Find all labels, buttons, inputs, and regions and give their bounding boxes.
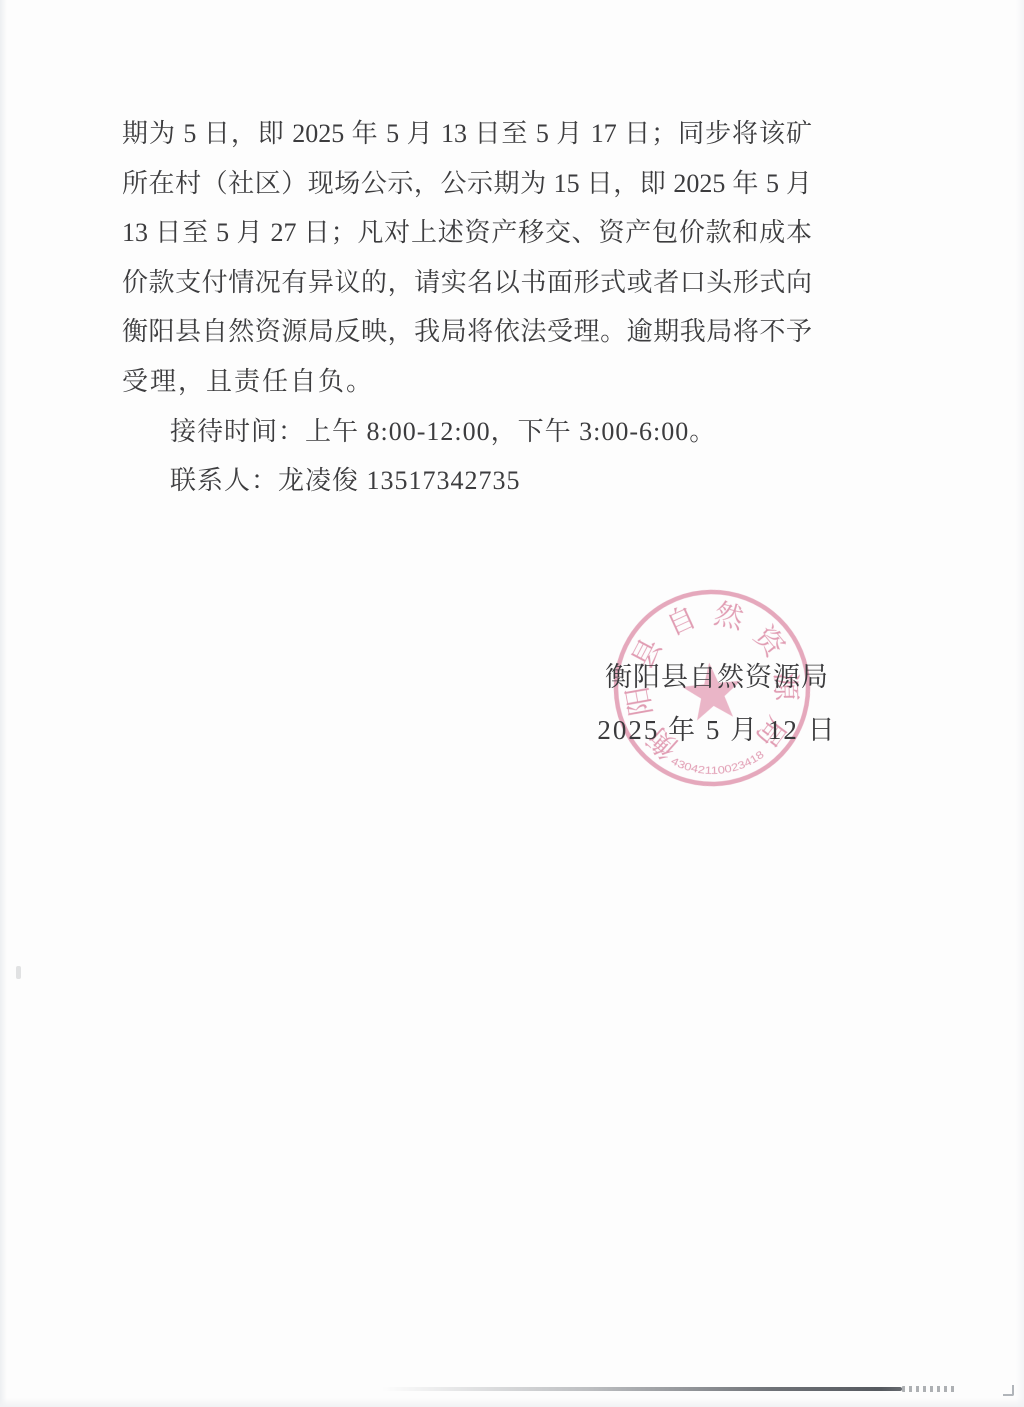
reception-hours-line: 接待时间：上午 8:00-12:00，下午 3:00-6:00。 <box>122 407 812 457</box>
contact-person-line: 联系人：龙凌俊 13517342735 <box>122 456 812 506</box>
scanned-document-page: 期为 5 日，即 2025 年 5 月 13 日至 5 月 17 日；同步将该矿… <box>0 0 1024 1407</box>
scan-edge-bottom <box>0 1398 1024 1407</box>
document-body: 期为 5 日，即 2025 年 5 月 13 日至 5 月 17 日；同步将该矿… <box>122 109 812 506</box>
document-line: 衡阳县自然资源局反映，我局将依法受理。逾期我局将不予 <box>122 307 812 357</box>
scan-artifact-line <box>382 1387 902 1391</box>
document-line: 价款支付情况有异议的，请实名以书面形式或者口头形式向 <box>122 258 812 308</box>
scan-edge-right <box>1016 0 1024 1407</box>
document-line: 13 日至 5 月 27 日；凡对上述资产移交、资产包价款和成本 <box>122 208 812 258</box>
document-line: 所在村（社区）现场公示，公示期为 15 日，即 2025 年 5 月 <box>122 159 812 209</box>
document-line: 受理，且责任自负。 <box>122 357 812 407</box>
document-line: 期为 5 日，即 2025 年 5 月 13 日至 5 月 17 日；同步将该矿 <box>122 109 812 159</box>
signature-organization: 衡阳县自然资源局 <box>588 655 846 694</box>
scan-speck <box>16 966 21 979</box>
scan-edge-left <box>0 0 7 1407</box>
signature-date: 2025 年 5 月 12 日 <box>588 708 846 747</box>
scan-artifact-noise <box>902 1386 956 1392</box>
scan-corner-mark <box>1003 1385 1014 1396</box>
